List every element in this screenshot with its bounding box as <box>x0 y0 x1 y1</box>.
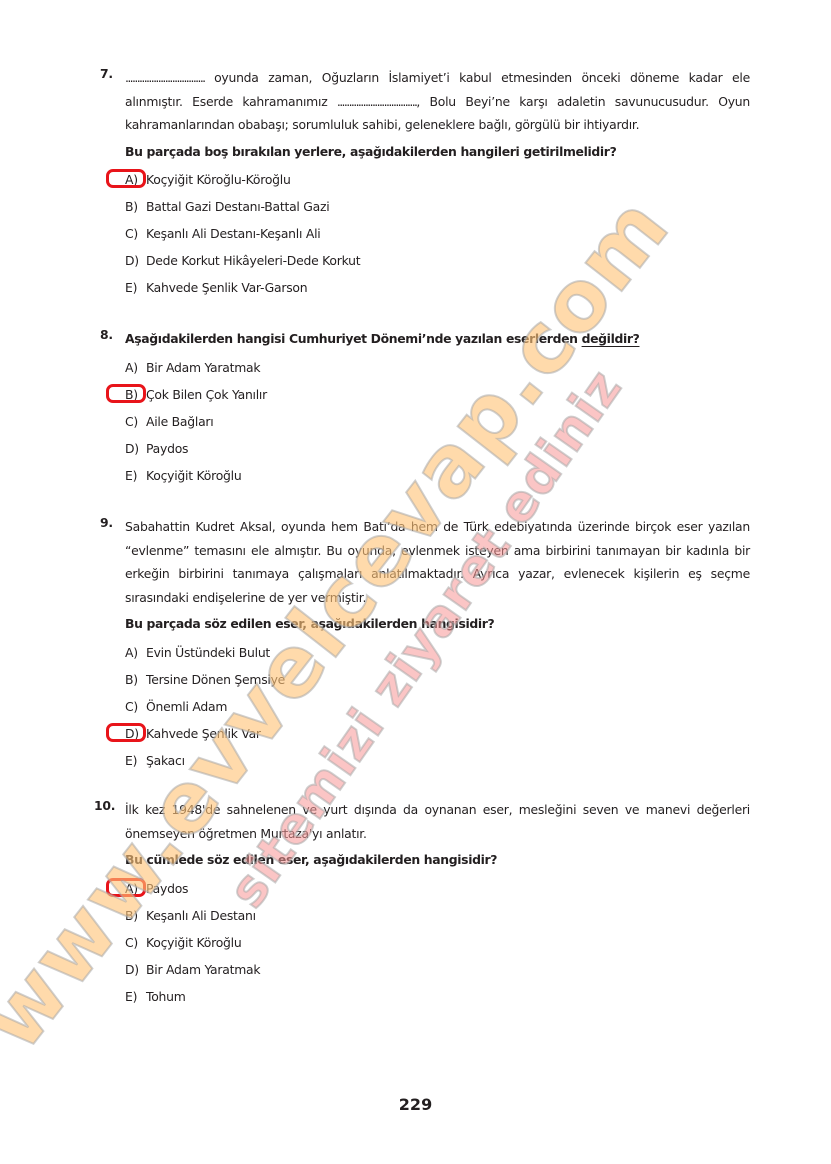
option-d[interactable]: D)Paydos <box>125 435 750 462</box>
option-d[interactable]: D)Bir Adam Yaratmak <box>125 956 750 983</box>
question-prompt: Bu parçada boş bırakılan yerlere, aşağıd… <box>125 140 750 164</box>
option-a[interactable]: A)Koçyiğit Köroğlu-Köroğlu <box>125 166 750 193</box>
question-9: 9. Sabahattin Kudret Aksal, oyunda hem B… <box>100 515 750 774</box>
question-prompt: Bu cümlede söz edilen eser, aşağıdakiler… <box>125 848 750 872</box>
options-list: A)Bir Adam Yaratmak B)Çok Bilen Çok Yanı… <box>125 354 750 489</box>
blank-1: .................................. <box>125 70 205 85</box>
option-e[interactable]: E)Koçyiğit Köroğlu <box>125 462 750 489</box>
options-list: A)Paydos B)Keşanlı Ali Destanı C)Koçyiği… <box>125 875 750 1010</box>
option-a[interactable]: A)Evin Üstündeki Bulut <box>125 639 750 666</box>
option-b[interactable]: B)Battal Gazi Destanı-Battal Gazi <box>125 193 750 220</box>
option-e[interactable]: E)Tohum <box>125 983 750 1010</box>
question-number: 9. <box>100 515 113 530</box>
option-c[interactable]: C)Koçyiğit Köroğlu <box>125 929 750 956</box>
question-stem: Sabahattin Kudret Aksal, oyunda hem Batı… <box>125 515 750 609</box>
emphasis-word: değildir? <box>582 331 640 346</box>
option-b[interactable]: B)Tersine Dönen Şemsiye <box>125 666 750 693</box>
question-prompt: Bu parçada söz edilen eser, aşağıdakiler… <box>125 612 750 636</box>
question-7: 7. .................................. oy… <box>100 66 750 301</box>
question-number: 7. <box>100 66 113 81</box>
option-c[interactable]: C)Keşanlı Ali Destanı-Keşanlı Ali <box>125 220 750 247</box>
question-prompt: Aşağıdakilerden hangisi Cumhuriyet Dönem… <box>125 327 750 351</box>
option-b[interactable]: B)Keşanlı Ali Destanı <box>125 902 750 929</box>
blank-2: .................................. <box>337 94 417 109</box>
option-a[interactable]: A)Paydos <box>125 875 750 902</box>
textbook-page: 7. .................................. oy… <box>0 0 831 1164</box>
option-c[interactable]: C)Önemli Adam <box>125 693 750 720</box>
option-e[interactable]: E)Şakacı <box>125 747 750 774</box>
option-d[interactable]: D)Dede Korkut Hikâyeleri-Dede Korkut <box>125 247 750 274</box>
option-c[interactable]: C)Aile Bağları <box>125 408 750 435</box>
question-stem: .................................. oyund… <box>125 66 750 137</box>
options-list: A)Koçyiğit Köroğlu-Köroğlu B)Battal Gazi… <box>125 166 750 301</box>
page-number: 229 <box>0 1095 831 1114</box>
option-a[interactable]: A)Bir Adam Yaratmak <box>125 354 750 381</box>
question-10: 10. İlk kez 1948'de sahnelenen ve yurt d… <box>100 798 750 1010</box>
question-8: 8. Aşağıdakilerden hangisi Cumhuriyet Dö… <box>100 327 750 489</box>
question-number: 8. <box>100 327 113 342</box>
options-list: A)Evin Üstündeki Bulut B)Tersine Dönen Ş… <box>125 639 750 774</box>
question-number: 10. <box>94 798 115 813</box>
option-e[interactable]: E)Kahvede Şenlik Var-Garson <box>125 274 750 301</box>
question-stem: İlk kez 1948'de sahnelenen ve yurt dışın… <box>125 798 750 845</box>
option-b[interactable]: B)Çok Bilen Çok Yanılır <box>125 381 750 408</box>
option-d[interactable]: D)Kahvede Şenlik Var <box>125 720 750 747</box>
